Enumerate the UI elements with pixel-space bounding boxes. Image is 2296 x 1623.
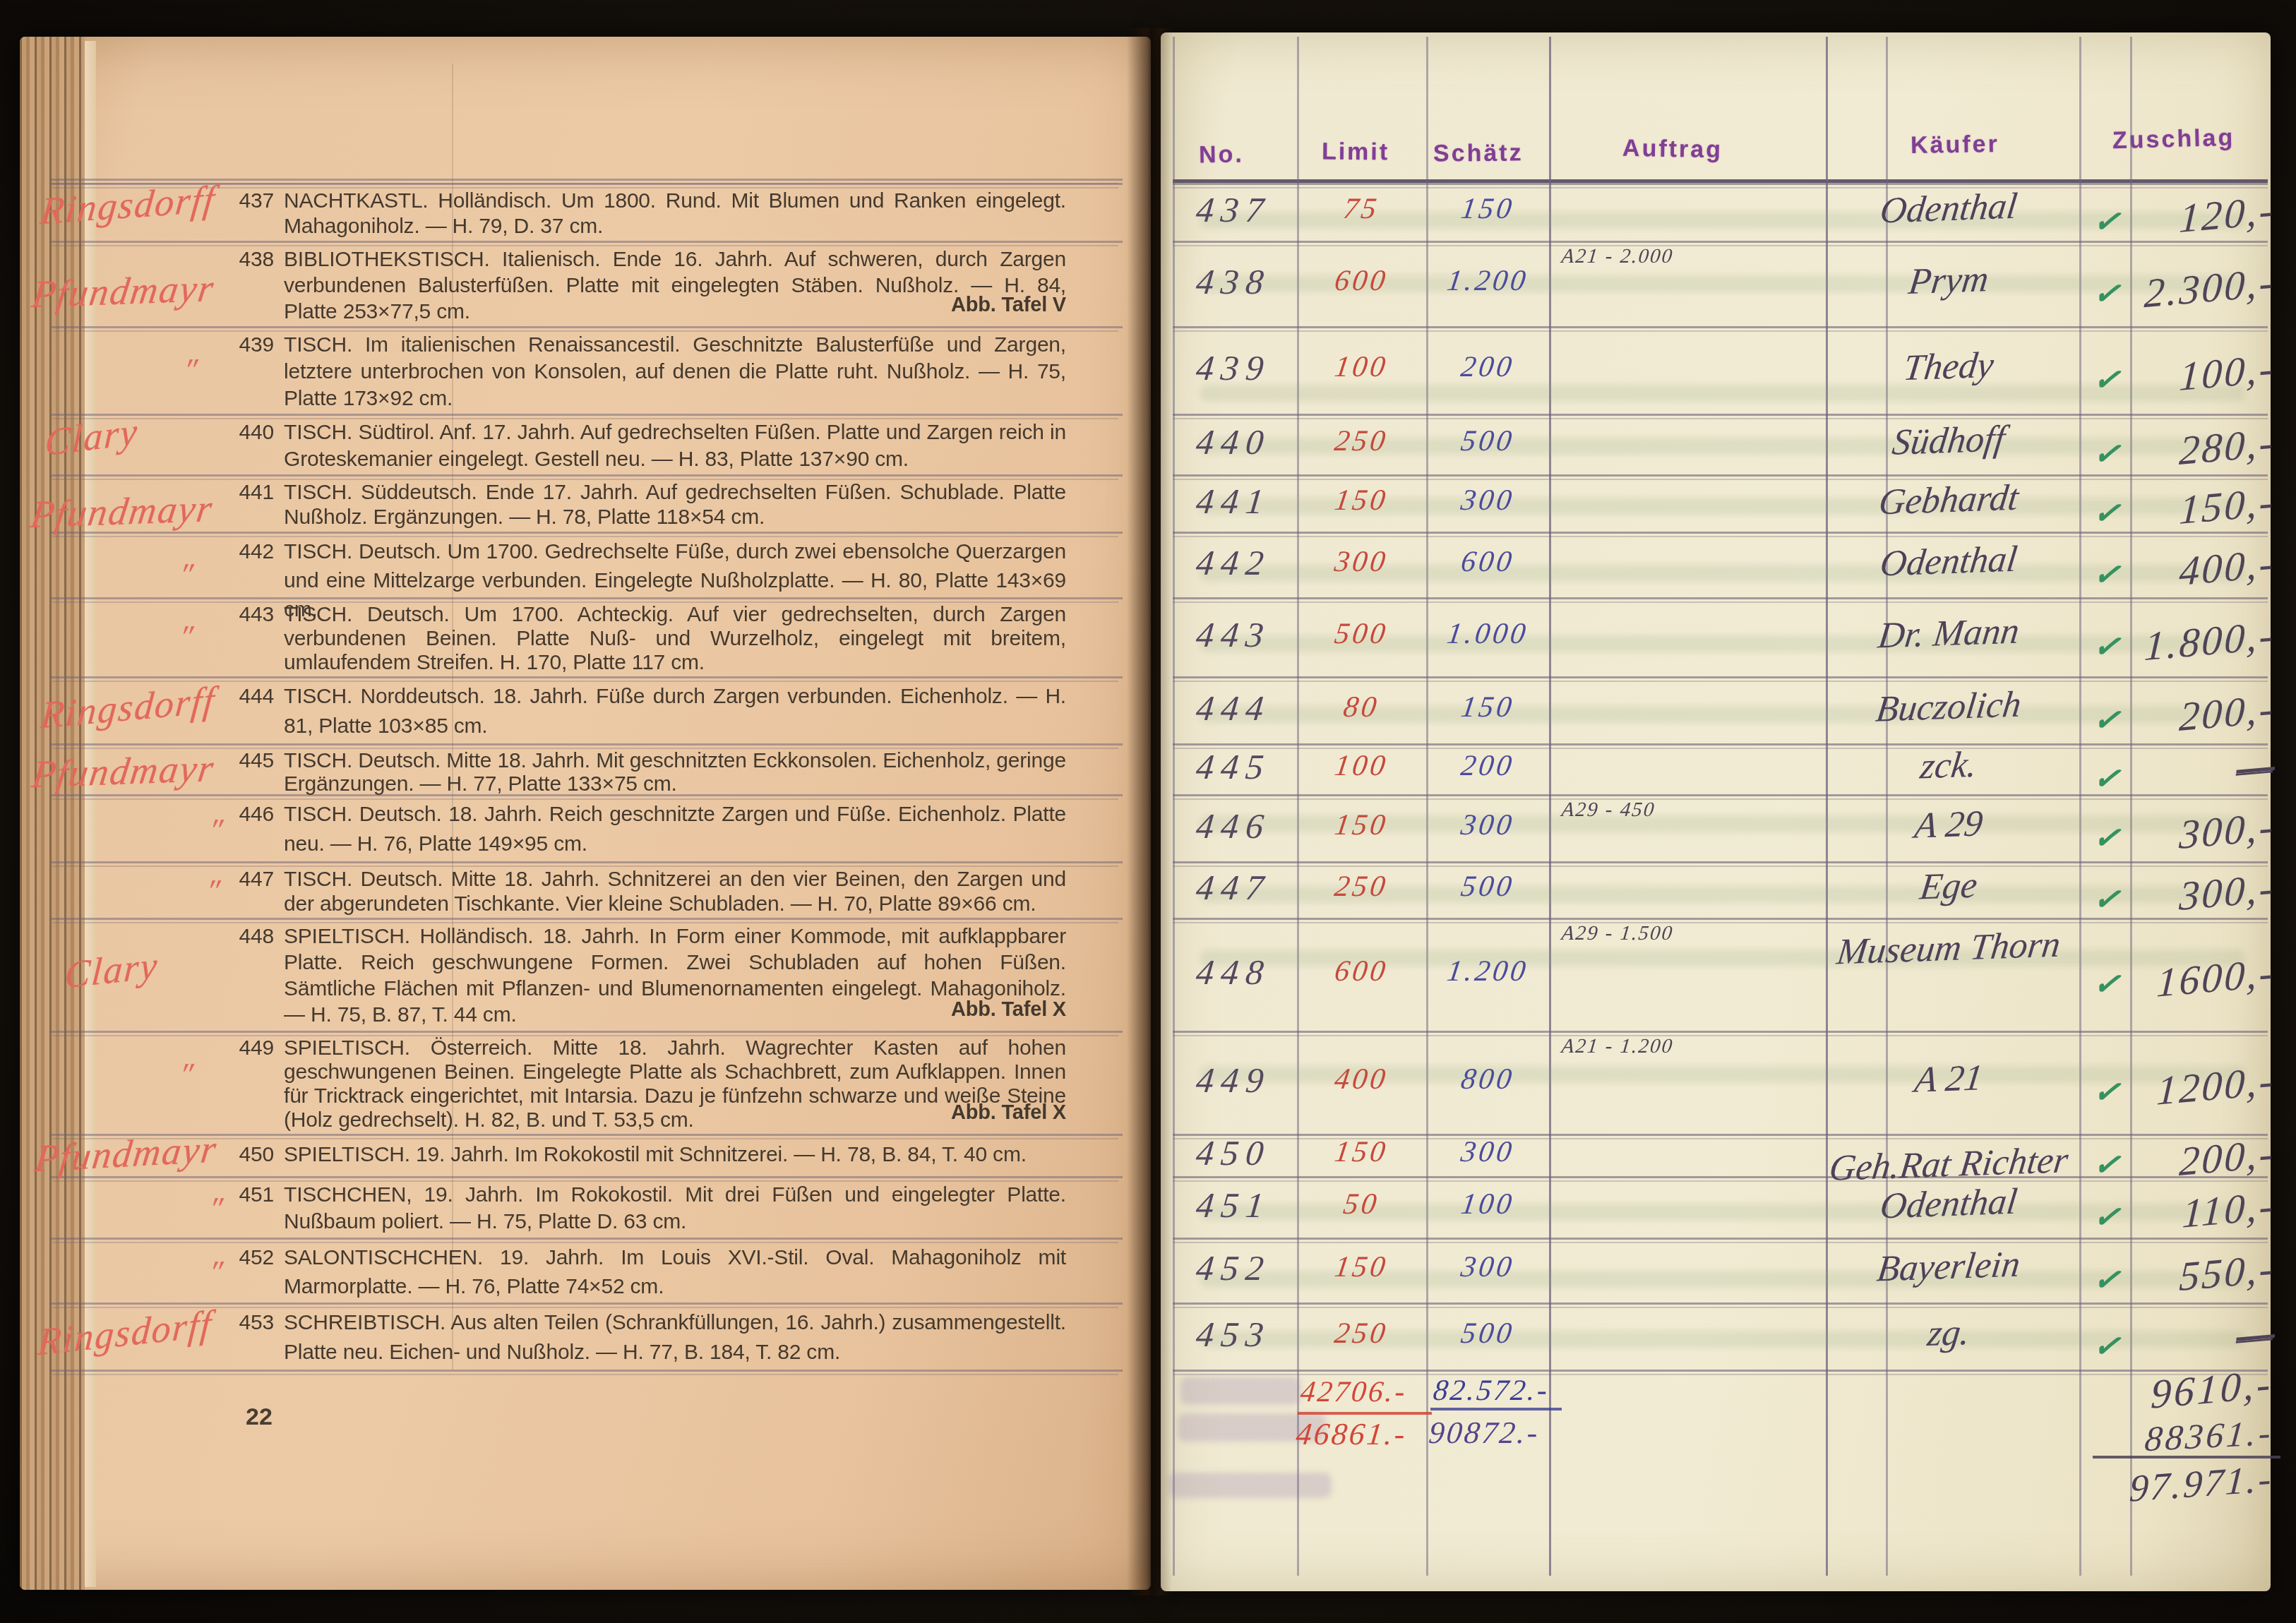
ledger-row-line — [1173, 532, 2268, 534]
ledger-row-line-echo — [1173, 681, 2268, 682]
column-header-limit: Limit — [1322, 138, 1390, 167]
lot-description: TISCH. Deutsch. 18. Jahrh. Reich geschni… — [284, 800, 1066, 859]
ledger-row-line — [1173, 474, 2268, 477]
ledger-lot-number: 452 — [1178, 1247, 1288, 1288]
ledger-lot-number: 451 — [1178, 1185, 1288, 1226]
ledger-row-line-echo — [1173, 1307, 2268, 1308]
lot-description: TISCH. Deutsch. Um 1700. Achteckig. Auf … — [284, 603, 1066, 675]
ledger-lot-number: 450 — [1178, 1132, 1288, 1173]
lot-description: TISCH. Deutsch. Mitte 18. Jahrh. Schnitz… — [284, 867, 1066, 916]
ledger-lot-number: 453 — [1178, 1314, 1288, 1355]
plate-reference: Abb. Tafel X — [284, 1101, 1066, 1125]
ledger-schaetz-value: 1.200 — [1430, 264, 1546, 298]
lot-description: TISCH. Süddeutsch. Ende 17. Jahrh. Auf g… — [284, 480, 1066, 529]
lot-number: 438 — [216, 246, 274, 273]
ledger-auftrag-note: A29 - 1.500 — [1560, 922, 1817, 945]
ledger-schaetz-value: 300 — [1430, 1250, 1546, 1284]
limit-grand-total: 46861.- — [1294, 1416, 1432, 1452]
ledger-limit-value: 150 — [1301, 1135, 1422, 1169]
ledger-row-line — [1173, 1031, 2268, 1033]
ledger-row-line — [1173, 861, 2268, 863]
schaetz-sum-underline — [1430, 1408, 1562, 1411]
settled-checkmark: ✓ — [2085, 358, 2128, 400]
ledger-schaetz-value: 300 — [1430, 484, 1546, 517]
ledger-row-line — [1173, 1370, 2268, 1372]
ledger-row-line — [1173, 597, 2268, 599]
ledger-lot-number: 438 — [1178, 261, 1288, 302]
lot-number: 450 — [216, 1139, 274, 1170]
settled-checkmark: ✓ — [2085, 1195, 2128, 1238]
plate-reference: Abb. Tafel X — [284, 998, 1066, 1022]
ledger-lot-number: 449 — [1178, 1060, 1288, 1101]
lot-description: TISCH. Im italienischen Renaissancestil.… — [284, 332, 1066, 412]
lot-description: TISCH. Südtirol. Anf. 17. Jahrh. Auf ged… — [284, 419, 1066, 473]
lot-number: 445 — [216, 749, 274, 772]
book-gutter-shadow — [1127, 28, 1172, 1595]
ledger-row-line — [1173, 918, 2268, 920]
catalog-rule-line — [49, 326, 1123, 328]
limit-sum-underline — [1298, 1412, 1432, 1415]
catalog-rule-line — [49, 532, 1123, 534]
ledger-schaetz-value: 150 — [1430, 690, 1546, 724]
ledger-limit-value: 250 — [1301, 1317, 1422, 1350]
ledger-limit-value: 150 — [1301, 484, 1422, 517]
catalog-rule-line — [49, 414, 1123, 416]
settled-checkmark: ✓ — [2085, 553, 2128, 595]
lot-description: SCHREIBTISCH. Aus alten Teilen (Schrankf… — [284, 1308, 1066, 1367]
catalog-rule-line — [49, 1238, 1123, 1240]
settled-checkmark: ✓ — [2085, 432, 2128, 474]
page-number: 22 — [246, 1403, 273, 1431]
lot-number: 441 — [216, 480, 274, 505]
ledger-row-line — [1173, 326, 2268, 328]
ledger-row-line-echo — [1173, 330, 2268, 332]
ledger-lot-number: 439 — [1178, 347, 1288, 388]
lot-description: TISCHCHEN, 19. Jahrh. Im Rokokostil. Mit… — [284, 1182, 1066, 1235]
ledger-lot-number: 440 — [1178, 421, 1288, 462]
catalog-rule-line — [49, 1031, 1123, 1033]
ledger-auftrag-note: A21 - 1.200 — [1560, 1035, 1817, 1058]
ledger-lot-number: 443 — [1178, 614, 1288, 655]
ledger-lot-number: 437 — [1178, 189, 1288, 230]
settled-checkmark: ✓ — [2085, 1324, 2128, 1367]
lot-description: TISCH. Norddeutsch. 18. Jahrh. Füße durc… — [284, 682, 1066, 741]
ledger-schaetz-value: 500 — [1430, 870, 1546, 904]
settled-checkmark: ✓ — [2085, 491, 2128, 534]
settled-checkmark: ✓ — [2085, 757, 2128, 799]
ledger-row-line — [1173, 414, 2268, 416]
column-header-auftrag: Auftrag — [1622, 135, 1723, 164]
lot-description: NACHTKASTL. Holländisch. Um 1800. Rund. … — [284, 188, 1066, 239]
catalog-rule-line — [49, 241, 1123, 243]
settled-checkmark: ✓ — [2085, 272, 2128, 314]
settled-checkmark: ✓ — [2085, 1258, 2128, 1300]
margin-annotation: Pfundmayr — [30, 266, 218, 316]
ledger-row-line — [1173, 183, 2268, 185]
column-header-no: No. — [1199, 140, 1244, 169]
settled-checkmark: ✓ — [2085, 698, 2128, 741]
lot-number: 444 — [216, 682, 274, 712]
settled-checkmark: ✓ — [2085, 816, 2128, 858]
ledger-schaetz-value: 300 — [1430, 1135, 1546, 1169]
lot-number: 442 — [216, 537, 274, 566]
catalog-rule-line — [49, 861, 1123, 863]
ledger-limit-value: 600 — [1301, 954, 1422, 988]
lot-number: 447 — [216, 867, 274, 892]
ledger-limit-value: 600 — [1301, 264, 1422, 298]
catalog-rule-line — [49, 1370, 1123, 1372]
ledger-limit-value: 50 — [1301, 1187, 1422, 1221]
lot-description: SPIELTISCH. 19. Jahrh. Im Rokokostil mit… — [284, 1139, 1066, 1170]
ledger-schaetz-value: 1.000 — [1430, 617, 1546, 651]
plate-reference: Abb. Tafel V — [284, 294, 1066, 317]
catalog-rule-line — [49, 918, 1123, 920]
ledger-schaetz-value: 500 — [1430, 424, 1546, 458]
ledger-limit-value: 500 — [1301, 617, 1422, 651]
ledger-row-line-echo — [1173, 187, 2268, 188]
ledger-row-line — [1173, 241, 2268, 243]
ledger-lot-number: 444 — [1178, 688, 1288, 729]
catalog-rule-line-echo — [52, 1374, 1118, 1375]
ledger-limit-value: 250 — [1301, 870, 1422, 904]
ledger-limit-value: 400 — [1301, 1062, 1422, 1096]
catalog-rule-line — [49, 743, 1123, 745]
margin-annotation: Pfundmayr — [30, 746, 218, 796]
lot-number: 443 — [216, 603, 274, 627]
column-header-schaetz: Schätz — [1433, 139, 1524, 167]
lot-number: 448 — [216, 923, 274, 950]
ledger-lot-number: 446 — [1178, 805, 1288, 846]
lot-description: SALONTISCHCHEN. 19. Jahrh. Im Louis XVI.… — [284, 1243, 1066, 1301]
lot-number: 453 — [216, 1308, 274, 1338]
settled-checkmark: ✓ — [2085, 200, 2128, 242]
ledger-header-underline — [1173, 179, 2268, 183]
ledger-limit-value: 150 — [1301, 808, 1422, 842]
column-header-kaeufer: Käufer — [1911, 131, 1999, 160]
ledger-limit-value: 75 — [1301, 192, 1422, 226]
lot-description: TISCH. Deutsch. Mitte 18. Jahrh. Mit ges… — [284, 749, 1066, 796]
ledger-limit-value: 150 — [1301, 1250, 1422, 1284]
settled-checkmark: ✓ — [2085, 1070, 2128, 1113]
bleed-through-ghost-numerals — [1180, 1377, 1301, 1405]
ledger-row-line-echo — [1173, 418, 2268, 419]
ledger-limit-value: 250 — [1301, 424, 1422, 458]
settled-checkmark: ✓ — [2085, 625, 2128, 667]
ledger-row-line-echo — [1173, 866, 2268, 867]
margin-annotation: Pfundmayr — [28, 486, 217, 537]
ledger-row-line-echo — [1173, 536, 2268, 537]
ledger-schaetz-value: 300 — [1430, 808, 1546, 842]
ledger-lot-number: 441 — [1178, 481, 1288, 522]
ledger-schaetz-value: 800 — [1430, 1062, 1546, 1096]
ledger-auftrag-note: A21 - 2.000 — [1560, 245, 1817, 268]
schaetz-grand-total: 90872.- — [1427, 1415, 1565, 1451]
ledger-schaetz-value: 150 — [1430, 192, 1546, 226]
limit-column-sum: 42706.- — [1298, 1375, 1429, 1409]
ledger-schaetz-value: 200 — [1430, 350, 1546, 384]
lot-number: 437 — [216, 188, 274, 214]
ledger-schaetz-value: 100 — [1430, 1187, 1546, 1221]
catalog-rule-line — [49, 474, 1123, 477]
ledger-limit-value: 80 — [1301, 690, 1422, 724]
ledger-row-line — [1173, 1238, 2268, 1240]
ledger-lot-number: 442 — [1178, 542, 1288, 583]
settled-checkmark: ✓ — [2085, 962, 2128, 1005]
ledger-limit-value: 300 — [1301, 545, 1422, 579]
ledger-row-line-echo — [1173, 479, 2268, 480]
ledger-limit-value: 100 — [1301, 749, 1422, 783]
ledger-row-line — [1173, 1302, 2268, 1305]
ledger-row-line — [1173, 743, 2268, 745]
ledger-schaetz-value: 500 — [1430, 1317, 1546, 1350]
ledger-schaetz-value: 600 — [1430, 545, 1546, 579]
ledger-lot-number: 448 — [1178, 952, 1288, 993]
lot-number: 439 — [216, 332, 274, 359]
settled-checkmark: ✓ — [2085, 878, 2128, 920]
ledger-schaetz-value: 1.200 — [1430, 954, 1546, 988]
bleed-through-ghost-numerals — [1169, 1473, 1332, 1498]
ledger-auftrag-note: A29 - 450 — [1560, 798, 1817, 822]
ledger-column-line — [1173, 37, 1175, 1576]
ledger-limit-value: 100 — [1301, 350, 1422, 384]
ledger-lot-number: 447 — [1178, 867, 1288, 908]
lot-number: 449 — [216, 1036, 274, 1060]
schaetz-column-sum: 82.572.- — [1431, 1374, 1562, 1408]
ledger-row-line-echo — [1173, 601, 2268, 603]
ledger-lot-number: 445 — [1178, 746, 1288, 787]
auction-ledger-photo: No. Limit Schätz Auftrag Käufer Zuschlag… — [0, 0, 2296, 1623]
ledger-row-line-echo — [1173, 1242, 2268, 1243]
ledger-schaetz-value: 200 — [1430, 749, 1546, 783]
catalog-rule-line — [49, 1176, 1123, 1178]
ledger-row-line — [1173, 676, 2268, 678]
lot-number: 440 — [216, 419, 274, 446]
